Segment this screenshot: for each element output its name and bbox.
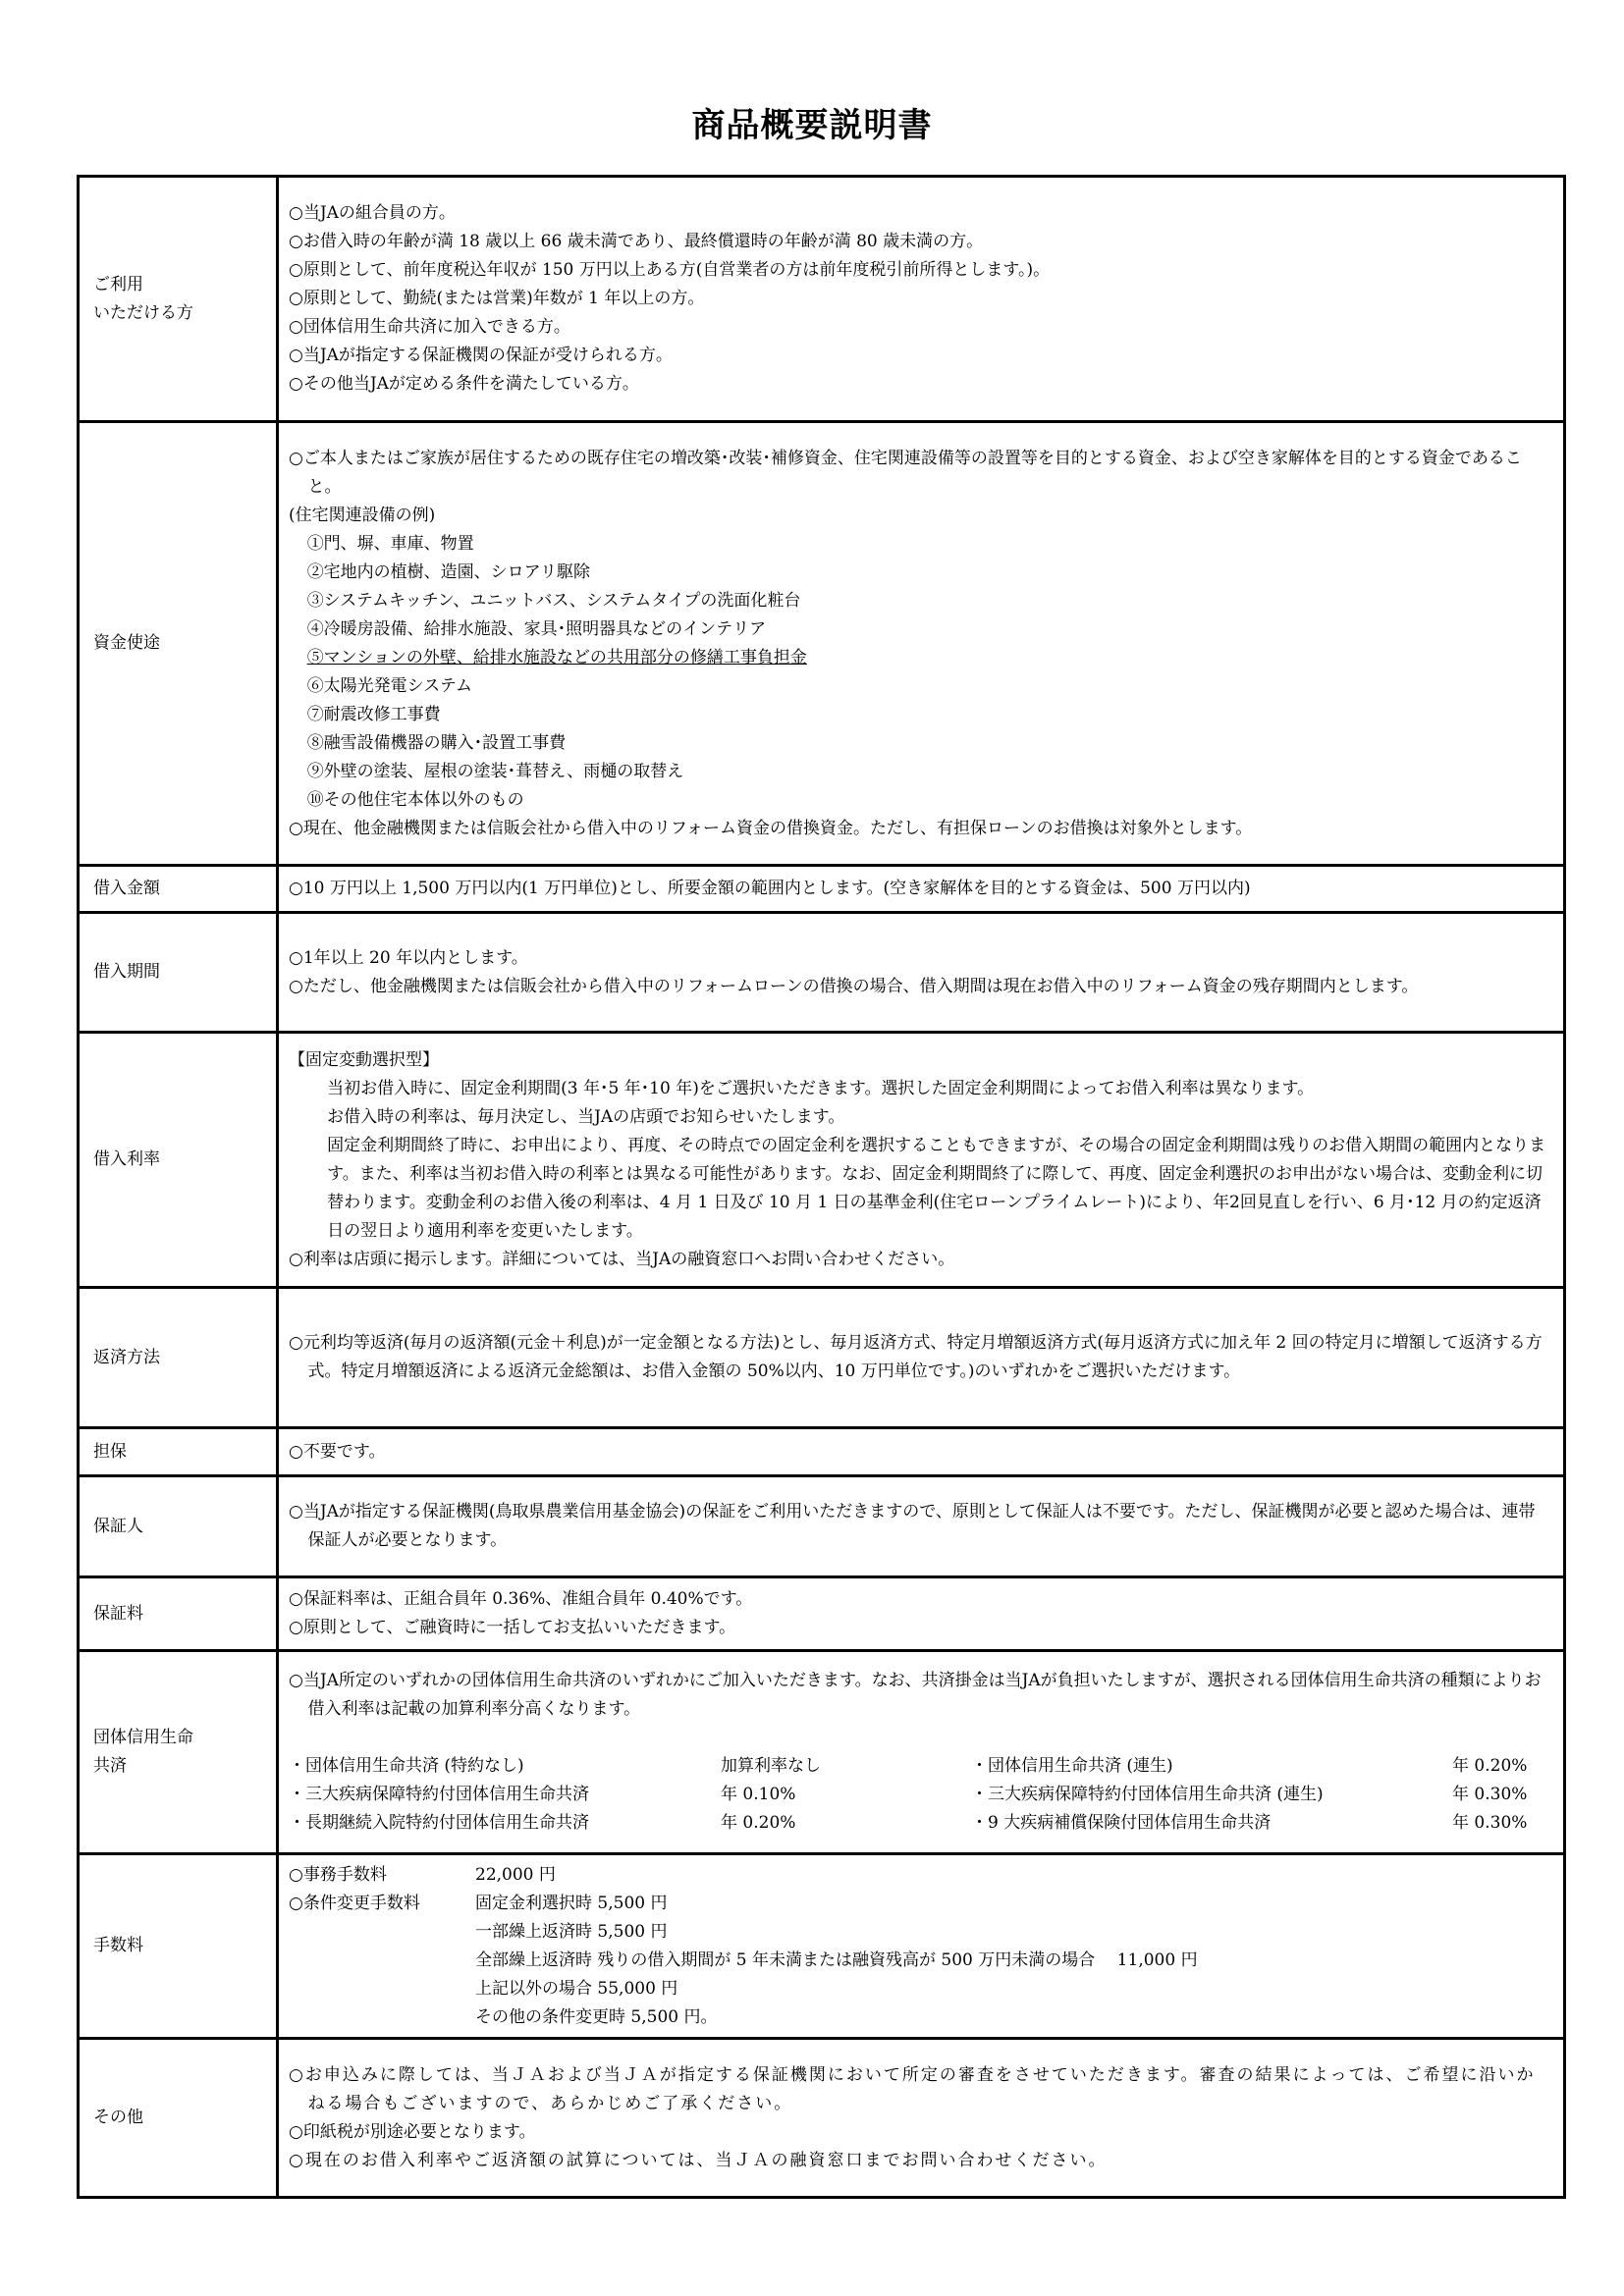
change-fee-item: その他の条件変更時 5,500 円。 — [475, 2003, 1551, 2032]
plan-name: ・長期継続入院特約付団体信用生命共済 — [289, 1809, 721, 1838]
row-label: 手数料 — [79, 1854, 278, 2039]
row-label: 団体信用生命 共済 — [79, 1651, 278, 1854]
list-item: ○ただし、他金融機関または信販会社から借入中のリフォームローンの借換の場合、借入… — [289, 973, 1551, 1001]
row-guarantor: 保証人 ○当JAが指定する保証機関(鳥取県農業信用基金協会)の保証をご利用いただ… — [79, 1476, 1565, 1577]
row-label: その他 — [79, 2039, 278, 2198]
list-item: ○当JAが指定する保証機関の保証が受けられる方。 — [289, 342, 1551, 370]
rate-paragraph: 固定金利期間終了時に、お申出により、再度、その時点での固定金利を選択することもで… — [289, 1132, 1551, 1246]
row-label: 保証料 — [79, 1577, 278, 1651]
examples-heading: (住宅関連設備の例) — [289, 502, 1551, 530]
plan-name: ・9 大疾病補償保険付団体信用生命共済 — [971, 1809, 1452, 1838]
list-item: ②宅地内の植樹、造園、シロアリ駆除 — [289, 559, 1551, 587]
list-item: ○原則として、勤続(または営業)年数が 1 年以上の方。 — [289, 285, 1551, 313]
plan-rate: 年 0.20% — [1452, 1752, 1570, 1781]
list-item: ○お申込みに際しては、当ＪＡおよび当ＪＡが指定する保証機関において所定の審査をさ… — [289, 2061, 1551, 2118]
plan-rate: 年 0.30% — [1452, 1781, 1570, 1809]
row-label: 借入金額 — [79, 866, 278, 913]
plan-name: ・三大疾病保障特約付団体信用生命共済 (連生) — [971, 1781, 1452, 1809]
row-label: 返済方法 — [79, 1288, 278, 1428]
row-label: ご利用 いただける方 — [79, 177, 278, 422]
list-item: ○1年以上 20 年以内とします。 — [289, 944, 1551, 973]
row-purpose: 資金使途 ○ご本人またはご家族が居住するための既存住宅の増改築･改装･補修資金、… — [79, 422, 1565, 866]
list-item: ○印紙税が別途必要となります。 — [289, 2118, 1551, 2147]
row-label: 担保 — [79, 1428, 278, 1476]
list-item: ⑧融雪設備機器の購入･設置工事費 — [289, 729, 1551, 758]
purpose-refinance: ○現在、他金融機関または信販会社から借入中のリフォーム資金の借換資金。ただし、有… — [289, 815, 1551, 843]
plan-name: ・三大疾病保障特約付団体信用生命共済 — [289, 1781, 721, 1809]
change-fee-item: 固定金利選択時 5,500 円 — [475, 1890, 1551, 1918]
change-fee-item: 上記以外の場合 55,000 円 — [475, 1975, 1551, 2003]
row-content: ○当JAが指定する保証機関(鳥取県農業信用基金協会)の保証をご利用いただきますの… — [278, 1476, 1565, 1577]
spacer — [289, 1724, 1551, 1752]
row-collateral: 担保 ○不要です。 — [79, 1428, 1565, 1476]
row-content: ○1年以上 20 年以内とします。 ○ただし、他金融機関または信販会社から借入中… — [278, 913, 1565, 1033]
repayment-text: ○元利均等返済(毎月の返済額(元金＋利息)が一定金額となる方法)とし、毎月返済方… — [289, 1329, 1551, 1386]
list-item: ①門、塀、車庫、物置 — [289, 530, 1551, 559]
plan-rate: 年 0.30% — [1452, 1809, 1570, 1838]
row-other: その他 ○お申込みに際しては、当ＪＡおよび当ＪＡが指定する保証機関において所定の… — [79, 2039, 1565, 2198]
row-repayment: 返済方法 ○元利均等返済(毎月の返済額(元金＋利息)が一定金額となる方法)とし、… — [79, 1288, 1565, 1428]
list-item: ○お借入時の年齢が満 18 歳以上 66 歳未満であり、最終償還時の年齢が満 8… — [289, 228, 1551, 256]
admin-fee-label: ○事務手数料 — [289, 1861, 475, 1890]
change-fee-item: 一部繰上返済時 5,500 円 — [475, 1918, 1551, 1947]
rate-type-heading: 【固定変動選択型】 — [289, 1046, 1551, 1075]
row-content: ○ご本人またはご家族が居住するための既存住宅の増改築･改装･補修資金、住宅関連設… — [278, 422, 1565, 866]
row-content: 【固定変動選択型】 当初お借入時に、固定金利期間(3 年･5 年･10 年)をご… — [278, 1033, 1565, 1288]
list-item: ⑤マンションの外壁、給排水施設などの共用部分の修繕工事負担金 — [289, 644, 1551, 672]
plan-name: ・団体信用生命共済 (連生) — [971, 1752, 1452, 1781]
row-content: ○不要です。 — [278, 1428, 1565, 1476]
row-eligibility: ご利用 いただける方 ○当JAの組合員の方。 ○お借入時の年齢が満 18 歳以上… — [79, 177, 1565, 422]
row-content: ○事務手数料 22,000 円 ○条件変更手数料 固定金利選択時 5,500 円… — [278, 1854, 1565, 2039]
row-label: 借入期間 — [79, 913, 278, 1033]
admin-fee-value: 22,000 円 — [475, 1861, 1551, 1890]
guarantor-text: ○当JAが指定する保証機関(鳥取県農業信用基金協会)の保証をご利用いただきますの… — [289, 1498, 1551, 1555]
rate-paragraph: お借入時の利率は、毎月決定し、当JAの店頭でお知らせいたします。 — [289, 1103, 1551, 1132]
list-item: ○保証料率は、正組合員年 0.36%、准組合員年 0.40%です。 — [289, 1585, 1551, 1614]
plan-rate: 年 0.20% — [721, 1809, 971, 1838]
change-fee-label: ○条件変更手数料 — [289, 1890, 475, 1918]
label-line: ご利用 — [93, 271, 276, 299]
rate-paragraph: 当初お借入時に、固定金利期間(3 年･5 年･10 年)をご選択いただきます。選… — [289, 1075, 1551, 1103]
list-item: ○原則として、前年度税込年収が 150 万円以上ある方(自営業者の方は前年度税引… — [289, 256, 1551, 285]
product-summary-table: ご利用 いただける方 ○当JAの組合員の方。 ○お借入時の年齢が満 18 歳以上… — [77, 175, 1566, 2199]
document-title: 商品概要説明書 — [0, 98, 1624, 153]
list-item: ③システムキッチン、ユニットバス、システムタイプの洗面化粧台 — [289, 587, 1551, 615]
row-amount: 借入金額 ○10 万円以上 1,500 万円以内(1 万円単位)とし、所要金額の… — [79, 866, 1565, 913]
list-item: ④冷暖房設備、給排水施設、家具･照明器具などのインテリア — [289, 615, 1551, 644]
list-item: ○原則として、ご融資時に一括してお支払いいただきます。 — [289, 1614, 1551, 1642]
list-item: ⑦耐震改修工事費 — [289, 701, 1551, 729]
rate-note: ○利率は店頭に掲示します。詳細については、当JAの融資窓口へお問い合わせください… — [289, 1246, 1551, 1274]
insurance-intro: ○当JA所定のいずれかの団体信用生命共済のいずれかにご加入いただきます。なお、共… — [289, 1667, 1551, 1724]
row-content: ○当JAの組合員の方。 ○お借入時の年齢が満 18 歳以上 66 歳未満であり、… — [278, 177, 1565, 422]
row-content: ○お申込みに際しては、当ＪＡおよび当ＪＡが指定する保証機関において所定の審査をさ… — [278, 2039, 1565, 2198]
row-label: 保証人 — [79, 1476, 278, 1577]
purpose-intro: ○ご本人またはご家族が居住するための既存住宅の増改築･改装･補修資金、住宅関連設… — [289, 445, 1551, 502]
label-line: 団体信用生命 — [93, 1724, 276, 1752]
plan-rate: 年 0.10% — [721, 1781, 971, 1809]
row-content: ○当JA所定のいずれかの団体信用生命共済のいずれかにご加入いただきます。なお、共… — [278, 1651, 1565, 1854]
list-item: ⑩その他住宅本体以外のもの — [289, 786, 1551, 815]
list-item: ○団体信用生命共済に加入できる方。 — [289, 313, 1551, 342]
list-item: ⑨外壁の塗装、屋根の塗装･葺替え、雨樋の取替え — [289, 758, 1551, 786]
row-content: ○10 万円以上 1,500 万円以内(1 万円単位)とし、所要金額の範囲内とし… — [278, 866, 1565, 913]
row-fees: 手数料 ○事務手数料 22,000 円 ○条件変更手数料 固定金利選択時 5,5… — [79, 1854, 1565, 2039]
change-fee-item: 全部繰上返済時 残りの借入期間が 5 年未満または融資残高が 500 万円未満の… — [475, 1947, 1551, 1975]
list-item: ○当JAの組合員の方。 — [289, 199, 1551, 228]
list-item: ⑥太陽光発電システム — [289, 672, 1551, 701]
row-rate: 借入利率 【固定変動選択型】 当初お借入時に、固定金利期間(3 年･5 年･10… — [79, 1033, 1565, 1288]
plan-name: ・団体信用生命共済 (特約なし) — [289, 1752, 721, 1781]
row-content: ○元利均等返済(毎月の返済額(元金＋利息)が一定金額となる方法)とし、毎月返済方… — [278, 1288, 1565, 1428]
row-content: ○保証料率は、正組合員年 0.36%、准組合員年 0.40%です。 ○原則として… — [278, 1577, 1565, 1651]
row-guarantee-fee: 保証料 ○保証料率は、正組合員年 0.36%、准組合員年 0.40%です。 ○原… — [79, 1577, 1565, 1651]
row-label: 資金使途 — [79, 422, 278, 866]
row-label: 借入利率 — [79, 1033, 278, 1288]
plan-rate: 加算利率なし — [721, 1752, 971, 1781]
list-item: ○その他当JAが定める条件を満たしている方。 — [289, 370, 1551, 399]
list-item: ○現在のお借入利率やご返済額の試算については、当ＪＡの融資窓口までお問い合わせく… — [289, 2147, 1551, 2175]
fee-list: ○事務手数料 22,000 円 ○条件変更手数料 固定金利選択時 5,500 円… — [289, 1861, 1551, 2032]
insurance-plan-list: ・団体信用生命共済 (特約なし) 加算利率なし ・団体信用生命共済 (連生) 年… — [289, 1752, 1551, 1838]
row-group-insurance: 団体信用生命 共済 ○当JA所定のいずれかの団体信用生命共済のいずれかにご加入い… — [79, 1651, 1565, 1854]
label-line: いただける方 — [93, 299, 276, 328]
label-line: 共済 — [93, 1752, 276, 1781]
row-term: 借入期間 ○1年以上 20 年以内とします。 ○ただし、他金融機関または信販会社… — [79, 913, 1565, 1033]
